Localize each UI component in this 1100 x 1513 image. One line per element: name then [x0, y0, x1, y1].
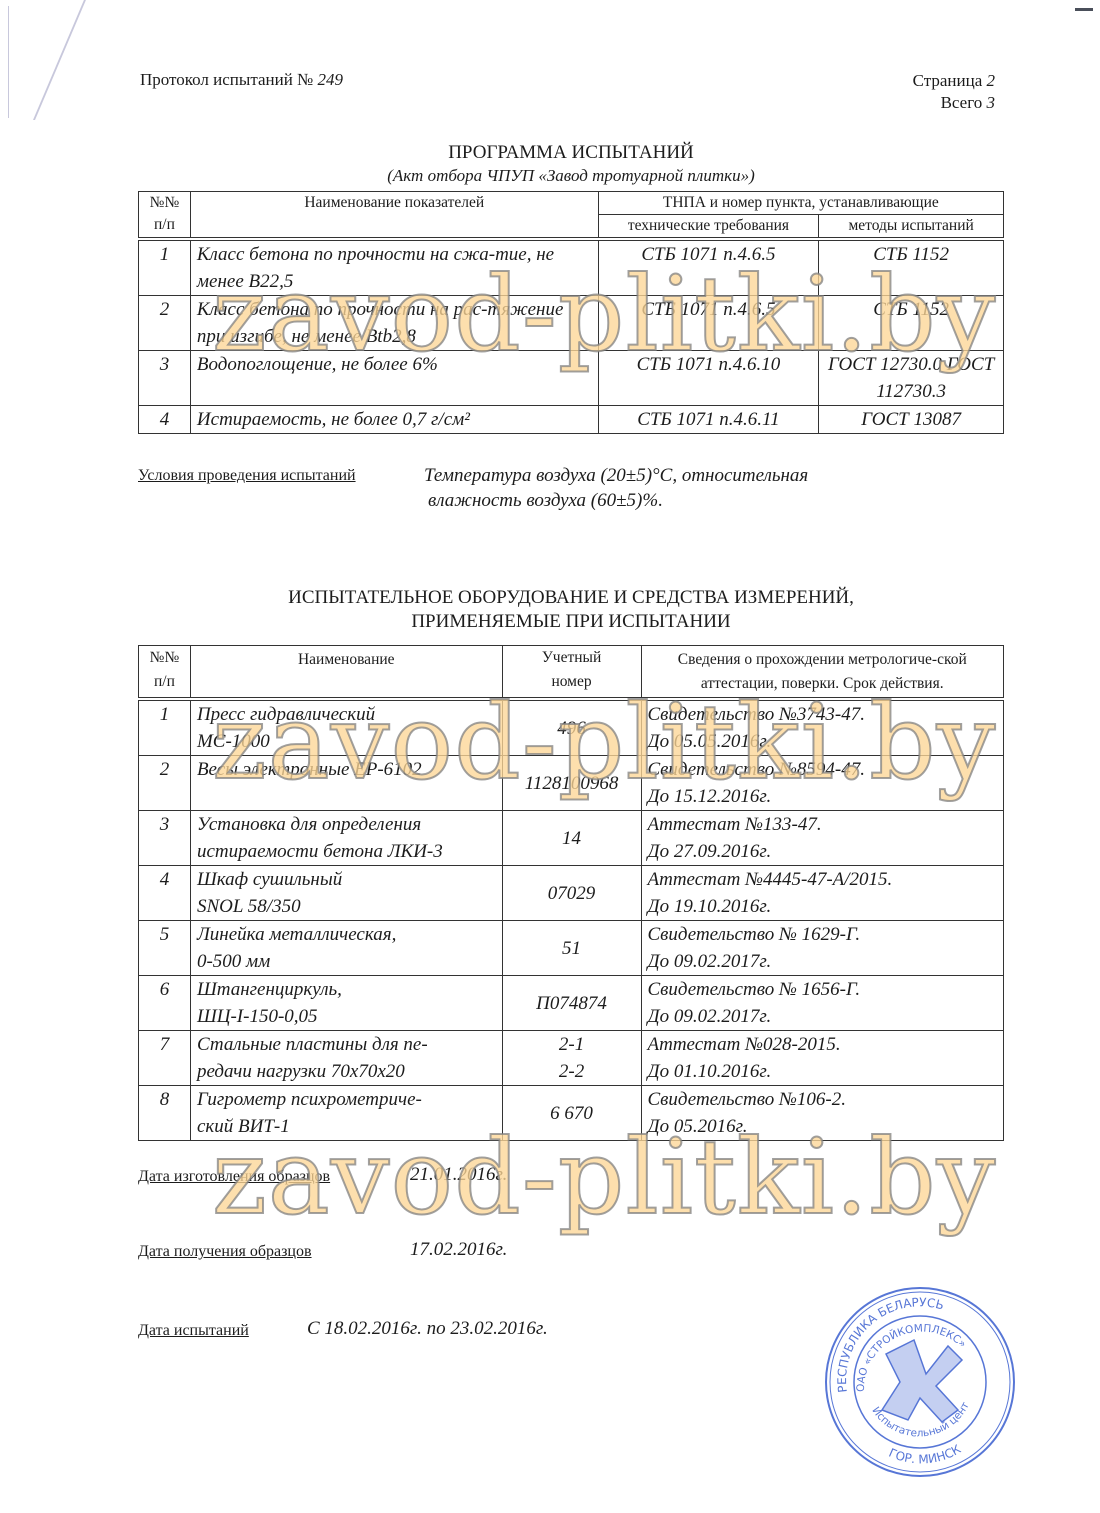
equipment-name-line: 0-500 мм [197, 948, 496, 975]
equipment-name: Пресс гидравлическийМС-1000 [190, 699, 502, 756]
account-number-line: 2-1 2-2 [509, 1031, 635, 1085]
account-number-line: 51 [509, 935, 635, 962]
col-tech-req: технические требования [598, 215, 819, 240]
tech-requirement: СТБ 1071 п.4.6.10 [598, 351, 819, 406]
equipment-name-line: Линейка металлическая, [197, 921, 496, 948]
account-number: 14 [502, 811, 641, 866]
test-method: СТБ 1152 [819, 296, 1004, 351]
certification-info-line: Аттестат №4445-47-А/2015. [648, 866, 998, 893]
account-number-line: 1128100968 [509, 770, 635, 797]
row-number: 4 [139, 406, 191, 434]
row-number: 8 [139, 1086, 191, 1141]
certification-info-line: До 01.10.2016г. [648, 1058, 998, 1085]
page-label: Страница [913, 71, 983, 90]
equipment-row: 5Линейка металлическая,0-500 мм51Свидете… [139, 921, 1004, 976]
test-method: ГОСТ 13087 [819, 406, 1004, 434]
equipment-table: №№ п/п Наименование Учетный номер Сведен… [138, 645, 1004, 1141]
equipment-name-line: Установка для определения [197, 811, 496, 838]
certification-info-line: Аттестат №133-47. [648, 811, 998, 838]
equipment-row: 3Установка для определенияистираемости б… [139, 811, 1004, 866]
equipment-name: Весы электронные ЕР-6102 [190, 756, 502, 811]
certification-info: Аттестат №133-47.До 27.09.2016г. [641, 811, 1004, 866]
account-number-line: 496 [509, 715, 635, 742]
col-num: №№ п/п [139, 192, 191, 240]
scan-edge-line [8, 6, 9, 118]
testing-date-value: С 18.02.2016г. по 23.02.2016г. [307, 1318, 548, 1340]
equipment-name-line: Весы электронные ЕР-6102 [197, 756, 496, 783]
account-number: П074874 [502, 976, 641, 1031]
row-number-line: 3 [143, 811, 186, 838]
row-number: 7 [139, 1031, 191, 1086]
account-number: 2-1 2-2 [502, 1031, 641, 1086]
certification-info-line: Свидетельство №8594-47. [648, 756, 998, 783]
total-label: Всего [941, 93, 983, 112]
account-number: 6 670 [502, 1086, 641, 1141]
equipment-name-line: истираемости бетона ЛКИ-3 [197, 838, 496, 865]
account-number: 51 [502, 921, 641, 976]
program-row: 1Класс бетона по прочности на сжа-тие, н… [139, 239, 1004, 296]
indicator-name: Класс бетона по прочности на рас-тяжение… [190, 296, 598, 351]
conditions-line1: Температура воздуха (20±5)°С, относитель… [424, 462, 808, 490]
col-account: Учетный номер [502, 646, 641, 700]
account-number: 07029 [502, 866, 641, 921]
equipment-title-line2: ПРИМЕНЯЕМЫЕ ПРИ ИСПЫТАНИИ [138, 610, 1004, 634]
protocol-header: Протокол испытаний № 249 [140, 70, 343, 90]
test-method: ГОСТ 12730.0 ГОСТ 112730.3 [819, 351, 1004, 406]
col-info: Сведения о прохождении метрологиче-ской … [641, 646, 1004, 700]
indicator-name: Класс бетона по прочности на сжа-тие, не… [190, 239, 598, 296]
row-number: 3 [139, 811, 191, 866]
scan-corner-mark [1075, 8, 1093, 11]
row-number-line: 7 [143, 1031, 186, 1058]
organization-stamp: РЕСПУБЛИКА БЕЛАРУСЬ ОАО «СТРОЙКОМПЛЕКС» … [822, 1282, 1018, 1482]
manufacture-date-value: 21.01.2016г. [410, 1164, 507, 1186]
certification-info-line: До 05.05.2016г. [648, 728, 998, 755]
equipment-name-line: редачи нагрузки 70х70х20 [197, 1058, 496, 1085]
conditions-line2: влажность воздуха (60±5)%. [428, 490, 663, 512]
equipment-row: 8Гигрометр психрометриче-ский ВИТ-16 670… [139, 1086, 1004, 1141]
certification-info-line: До 19.10.2016г. [648, 893, 998, 920]
equipment-title-line1: ИСПЫТАТЕЛЬНОЕ ОБОРУДОВАНИЕ И СРЕДСТВА ИЗ… [138, 586, 1004, 610]
row-number-line: 2 [143, 756, 186, 783]
program-table: №№ п/п Наименование показателей ТНПА и н… [138, 191, 1004, 434]
equipment-row: 4Шкаф сушильныйSNOL 58/35007029Аттестат … [139, 866, 1004, 921]
row-number: 2 [139, 756, 191, 811]
certification-info-line: До 09.02.2017г. [648, 948, 998, 975]
certification-info-line: До 05.2016г. [648, 1113, 998, 1140]
equipment-name: Стальные пластины для пе-редачи нагрузки… [190, 1031, 502, 1086]
col-num: №№ п/п [139, 646, 191, 700]
certification-info: Свидетельство №106-2.До 05.2016г. [641, 1086, 1004, 1141]
equipment-row: 6Штангенциркуль,ШЦ-I-150-0,05П074874Свид… [139, 976, 1004, 1031]
row-number: 4 [139, 866, 191, 921]
certification-info-line: До 09.02.2017г. [648, 1003, 998, 1030]
account-number-line: 6 670 [509, 1100, 635, 1127]
page-info: Страница 2 Всего 3 [820, 70, 995, 114]
row-number-line: 1 [143, 701, 186, 728]
certification-info-line: Аттестат №028-2015. [648, 1031, 998, 1058]
row-number: 1 [139, 239, 191, 296]
equipment-name-line: ский ВИТ-1 [197, 1113, 496, 1140]
equipment-name: Установка для определенияистираемости бе… [190, 811, 502, 866]
equipment-name: Гигрометр психрометриче-ский ВИТ-1 [190, 1086, 502, 1141]
program-row: 3Водопоглощение, не более 6%СТБ 1071 п.4… [139, 351, 1004, 406]
certification-info-line: До 15.12.2016г. [648, 783, 998, 810]
account-number-line: 07029 [509, 880, 635, 907]
testing-date-label: Дата испытаний [138, 1322, 249, 1340]
program-row: 2Класс бетона по прочности на рас-тяжени… [139, 296, 1004, 351]
certification-info-line: Свидетельство № 1656-Г. [648, 976, 998, 1003]
page-number: 2 [987, 71, 996, 90]
row-number-line: 6 [143, 976, 186, 1003]
row-number-line: 4 [143, 866, 186, 893]
equipment-title: ИСПЫТАТЕЛЬНОЕ ОБОРУДОВАНИЕ И СРЕДСТВА ИЗ… [138, 586, 1004, 634]
receipt-date-label: Дата получения образцов [138, 1243, 312, 1261]
col-tnpa: ТНПА и номер пункта, устанавливающие [598, 192, 1003, 215]
protocol-number: 249 [318, 70, 344, 89]
program-row: 4Истираемость, не более 0,7 г/см²СТБ 107… [139, 406, 1004, 434]
conditions-label: Условия проведения испытаний [138, 467, 356, 485]
equipment-name: Линейка металлическая,0-500 мм [190, 921, 502, 976]
account-number-line: 14 [509, 825, 635, 852]
row-number-line: 8 [143, 1086, 186, 1113]
tech-requirement: СТБ 1071 п.4.6.11 [598, 406, 819, 434]
indicator-name: Истираемость, не более 0,7 г/см² [190, 406, 598, 434]
test-method: СТБ 1152 [819, 239, 1004, 296]
row-number: 3 [139, 351, 191, 406]
certification-info-line: Свидетельство №106-2. [648, 1086, 998, 1113]
program-subtitle: (Акт отбора ЧПУП «Завод тротуарной плитк… [138, 166, 1004, 186]
row-number: 1 [139, 699, 191, 756]
equipment-name-line: Пресс гидравлический [197, 701, 496, 728]
certification-info: Свидетельство № 1656-Г.До 09.02.2017г. [641, 976, 1004, 1031]
indicator-name: Водопоглощение, не более 6% [190, 351, 598, 406]
equipment-name-line: ШЦ-I-150-0,05 [197, 1003, 496, 1030]
account-number: 496 [502, 699, 641, 756]
scan-diagonal-line [33, 0, 86, 120]
row-number: 2 [139, 296, 191, 351]
certification-info: Аттестат №4445-47-А/2015.До 19.10.2016г. [641, 866, 1004, 921]
equipment-name-line: Шкаф сушильный [197, 866, 496, 893]
tech-requirement: СТБ 1071 п.4.6.5 [598, 239, 819, 296]
total-pages: 3 [987, 93, 996, 112]
equipment-name-line: Штангенциркуль, [197, 976, 496, 1003]
equipment-name: Шкаф сушильныйSNOL 58/350 [190, 866, 502, 921]
certification-info-line: До 27.09.2016г. [648, 838, 998, 865]
certification-info: Свидетельство №3743-47.До 05.05.2016г. [641, 699, 1004, 756]
certification-info-line: Свидетельство №3743-47. [648, 701, 998, 728]
equipment-name-line: Гигрометр психрометриче- [197, 1086, 496, 1113]
account-number-line: П074874 [509, 990, 635, 1017]
account-number: 1128100968 [502, 756, 641, 811]
manufacture-date-label: Дата изготовления образцов [138, 1168, 330, 1186]
equipment-row: 1Пресс гидравлическийМС-1000496Свидетель… [139, 699, 1004, 756]
equipment-name-line: SNOL 58/350 [197, 893, 496, 920]
equipment-name-line: МС-1000 [197, 728, 496, 755]
certification-info: Свидетельство № 1629-Г.До 09.02.2017г. [641, 921, 1004, 976]
equipment-row: 2Весы электронные ЕР-61021128100968Свиде… [139, 756, 1004, 811]
col-methods: методы испытаний [819, 215, 1004, 240]
program-title: ПРОГРАММА ИСПЫТАНИЙ [138, 142, 1004, 164]
row-number: 5 [139, 921, 191, 976]
certification-info: Свидетельство №8594-47.До 15.12.2016г. [641, 756, 1004, 811]
row-number: 6 [139, 976, 191, 1031]
certification-info: Аттестат №028-2015.До 01.10.2016г. [641, 1031, 1004, 1086]
svg-text:ГОР. МИНСК: ГОР. МИНСК [887, 1442, 964, 1467]
col-name: Наименование [190, 646, 502, 700]
row-number-line: 5 [143, 921, 186, 948]
certification-info-line: Свидетельство № 1629-Г. [648, 921, 998, 948]
col-name: Наименование показателей [190, 192, 598, 240]
receipt-date-value: 17.02.2016г. [410, 1239, 507, 1261]
equipment-row: 7Стальные пластины для пе-редачи нагрузк… [139, 1031, 1004, 1086]
equipment-name-line: Стальные пластины для пе- [197, 1031, 496, 1058]
equipment-name: Штангенциркуль,ШЦ-I-150-0,05 [190, 976, 502, 1031]
protocol-label: Протокол испытаний № [140, 70, 313, 89]
tech-requirement: СТБ 1071 п.4.6.5 [598, 296, 819, 351]
stamp-city-text: ГОР. МИНСК [887, 1442, 964, 1467]
